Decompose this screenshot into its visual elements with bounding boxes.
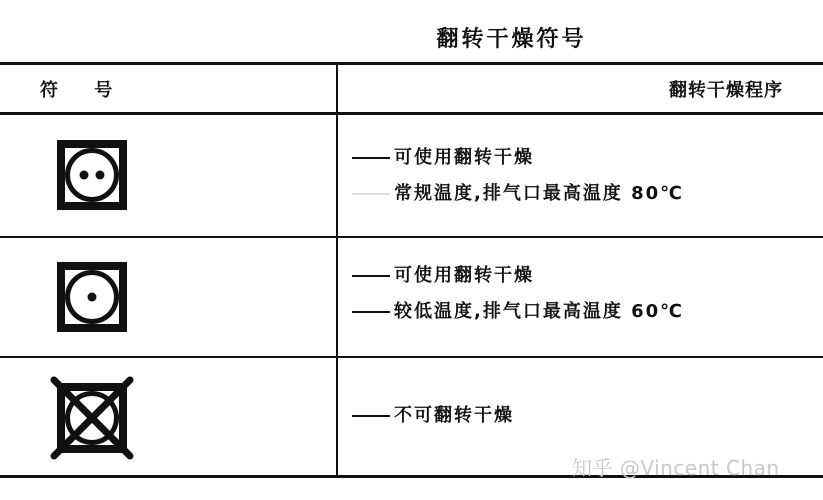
column-divider: [336, 63, 338, 476]
header-symbol: 符 号: [40, 76, 112, 102]
tumble-dry-normal-icon: [57, 140, 127, 210]
dash: [352, 275, 390, 277]
row-3-description: 不可翻转干燥: [352, 406, 514, 426]
dash: [352, 415, 390, 417]
table-top-rule: [0, 62, 823, 65]
row-1-description: 可使用翻转干燥 常规温度,排气口最高温度 80℃: [352, 148, 684, 204]
row-1-line-2: 常规温度,排气口最高温度 80℃: [394, 183, 684, 204]
watermark: 知乎 @Vincent Chan: [572, 452, 780, 481]
dash: [352, 157, 390, 159]
header-bottom-rule: [0, 112, 823, 115]
row-1-line-1: 可使用翻转干燥: [394, 147, 534, 168]
row-divider: [0, 356, 823, 358]
row-3-line-1: 不可翻转干燥: [394, 405, 514, 426]
tumble-dry-low-icon: [57, 262, 127, 332]
row-divider: [0, 236, 823, 238]
row-2-line-1: 可使用翻转干燥: [394, 265, 534, 286]
dash: [352, 311, 390, 313]
header-procedure: 翻转干燥程序: [669, 76, 783, 102]
page-title: 翻转干燥符号: [0, 22, 823, 53]
row-2-description: 可使用翻转干燥 较低温度,排气口最高温度 60℃: [352, 266, 684, 322]
dash: [352, 193, 390, 195]
row-2-line-2: 较低温度,排气口最高温度 60℃: [394, 301, 684, 322]
do-not-tumble-dry-icon: [50, 376, 134, 460]
